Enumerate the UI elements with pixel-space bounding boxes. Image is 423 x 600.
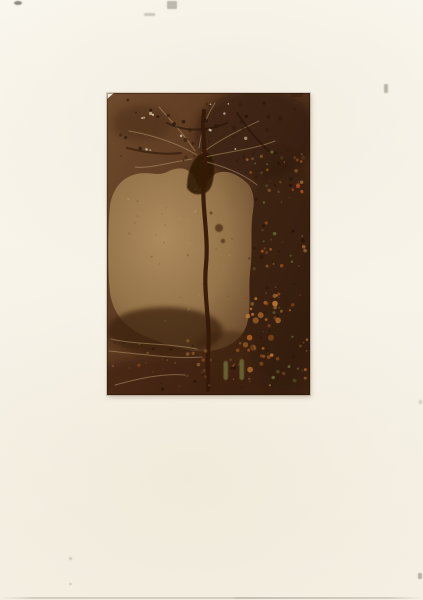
- speck: [209, 104, 211, 106]
- speck: [165, 323, 166, 324]
- speck: [187, 220, 189, 222]
- speck: [114, 342, 116, 344]
- speck: [258, 312, 264, 318]
- speck: [266, 115, 270, 119]
- speck: [145, 362, 147, 364]
- speck: [194, 155, 196, 157]
- speck: [271, 376, 275, 380]
- speck: [250, 345, 256, 351]
- speck: [239, 101, 241, 103]
- speck: [189, 243, 191, 245]
- speck: [247, 367, 253, 373]
- speck: [247, 335, 253, 341]
- speck: [294, 169, 298, 173]
- right-edge-mark: [418, 573, 422, 579]
- speck: [152, 347, 155, 350]
- right-margin-squiggle: [384, 84, 388, 93]
- speck: [161, 353, 162, 354]
- speck: [248, 378, 251, 381]
- speck: [201, 358, 205, 362]
- speck: [134, 222, 136, 224]
- speck: [250, 302, 254, 306]
- speck: [235, 291, 236, 292]
- speck: [122, 198, 124, 200]
- speck: [241, 127, 245, 131]
- speck: [263, 311, 266, 314]
- speck: [277, 162, 280, 165]
- speck: [296, 159, 299, 162]
- speck: [239, 342, 242, 345]
- speck: [124, 136, 127, 139]
- speck: [302, 370, 303, 371]
- speck: [160, 382, 162, 384]
- speck: [202, 283, 203, 284]
- speck: [297, 180, 299, 182]
- speck: [112, 365, 114, 367]
- speck: [306, 338, 309, 341]
- speck: [300, 160, 303, 163]
- speck: [229, 255, 231, 257]
- photograph: [107, 93, 310, 395]
- speck: [280, 264, 283, 267]
- speck: [247, 349, 250, 352]
- speck: [204, 375, 207, 378]
- speck: [262, 347, 265, 350]
- speck: [214, 124, 218, 128]
- speck: [132, 245, 133, 246]
- scan-edge-line: [0, 597, 423, 599]
- speck: [298, 265, 300, 267]
- speck: [260, 155, 263, 158]
- speck: [270, 150, 273, 153]
- speck: [120, 155, 122, 157]
- speck: [227, 103, 229, 105]
- speck: [137, 364, 140, 367]
- speck: [262, 355, 265, 358]
- speck: [302, 245, 306, 249]
- speck: [146, 352, 149, 355]
- speck: [149, 112, 152, 115]
- speck: [301, 238, 305, 242]
- speck: [292, 355, 296, 359]
- speck: [272, 261, 273, 262]
- speck: [294, 283, 296, 285]
- speck: [282, 241, 284, 243]
- speck: [265, 128, 269, 132]
- speck: [150, 256, 152, 258]
- speck: [281, 201, 282, 202]
- speck: [304, 368, 307, 371]
- speck: [167, 359, 169, 361]
- speck: [127, 198, 129, 200]
- speck: [139, 212, 140, 213]
- speck: [275, 286, 277, 288]
- speck: [170, 348, 172, 350]
- speck: [163, 224, 164, 225]
- speck: [270, 353, 274, 357]
- speck: [164, 320, 165, 321]
- speck: [208, 384, 210, 386]
- speck: [266, 287, 269, 290]
- speck: [161, 213, 163, 215]
- speck: [187, 308, 189, 310]
- speck: [253, 267, 257, 271]
- speck: [227, 193, 228, 194]
- speck: [266, 349, 269, 352]
- speck: [205, 102, 208, 105]
- speck: [152, 114, 154, 116]
- speck: [288, 365, 291, 368]
- speck: [244, 137, 247, 140]
- speck: [291, 303, 295, 307]
- speck: [223, 112, 225, 114]
- speck: [208, 141, 209, 142]
- speck: [251, 313, 254, 316]
- speck: [236, 160, 239, 163]
- speck: [265, 251, 268, 254]
- speck: [234, 148, 236, 150]
- speck: [261, 250, 264, 253]
- speck: [135, 112, 137, 114]
- speck: [197, 363, 201, 367]
- speck: [238, 103, 242, 107]
- speck: [128, 232, 131, 235]
- speck: [201, 372, 203, 374]
- speck: [273, 263, 275, 265]
- speck: [139, 344, 140, 345]
- speck: [229, 358, 232, 361]
- speck: [254, 197, 257, 200]
- speck: [278, 250, 280, 252]
- speck: [253, 317, 259, 323]
- speck: [143, 117, 145, 119]
- speck: [246, 158, 249, 161]
- speck: [155, 234, 156, 235]
- speck: [303, 249, 307, 253]
- speck: [301, 156, 305, 160]
- speck: [270, 239, 272, 241]
- speck: [304, 377, 307, 380]
- speck: [188, 128, 192, 132]
- speck: [273, 311, 276, 314]
- speck: [266, 169, 269, 172]
- speck: [186, 352, 190, 356]
- speck: [282, 372, 285, 375]
- speck: [149, 149, 151, 151]
- speck: [285, 166, 286, 167]
- speck: [268, 189, 271, 192]
- speck: [284, 161, 286, 163]
- speck: [204, 349, 207, 352]
- speck: [174, 362, 176, 364]
- speck: [276, 370, 280, 374]
- speck: [167, 114, 170, 117]
- speck: [291, 336, 293, 338]
- speck: [254, 163, 256, 165]
- speck: [292, 230, 295, 233]
- speck: [264, 247, 266, 249]
- speck: [274, 184, 276, 186]
- speck: [262, 101, 266, 105]
- speck: [243, 156, 245, 158]
- speck: [233, 135, 236, 138]
- speck: [233, 379, 234, 380]
- speck: [199, 294, 201, 296]
- speck: [266, 163, 268, 165]
- speck: [204, 119, 208, 123]
- speck: [291, 260, 294, 263]
- speck: [179, 386, 180, 387]
- speck: [156, 115, 159, 118]
- speck: [191, 142, 194, 145]
- speck: [259, 362, 263, 366]
- speck: [180, 297, 181, 298]
- photograph-mount: [107, 93, 310, 395]
- scanned-album-page: [0, 0, 423, 600]
- speck: [263, 201, 265, 203]
- speck: [265, 302, 269, 306]
- speck: [235, 131, 236, 132]
- speck: [267, 355, 271, 359]
- speck: [182, 120, 186, 124]
- speck: [269, 248, 272, 251]
- speck: [194, 210, 196, 212]
- speck: [249, 171, 252, 174]
- speck: [299, 294, 301, 296]
- speck: [186, 374, 189, 377]
- speck: [277, 314, 279, 316]
- speck: [277, 292, 280, 295]
- speck: [257, 316, 258, 317]
- speck: [261, 337, 263, 339]
- speck: [290, 255, 292, 257]
- speck: [145, 148, 148, 151]
- speck: [137, 200, 139, 202]
- speck: [254, 297, 257, 300]
- speck: [299, 345, 302, 348]
- speck: [124, 342, 125, 343]
- speck: [306, 161, 307, 162]
- speck: [149, 109, 152, 112]
- speck: [243, 342, 248, 347]
- speck: [231, 238, 233, 240]
- speck: [276, 321, 279, 324]
- speck: [289, 177, 293, 181]
- speck: [261, 229, 263, 231]
- speck: [152, 371, 153, 372]
- speck: [236, 349, 240, 353]
- speck: [194, 380, 197, 383]
- speck: [215, 249, 216, 250]
- speck: [245, 297, 247, 299]
- speck: [164, 242, 165, 243]
- speck: [280, 310, 283, 313]
- speck: [250, 308, 253, 311]
- speck: [253, 247, 255, 249]
- speck: [240, 121, 243, 124]
- speck: [244, 115, 246, 117]
- speck: [249, 381, 250, 382]
- top-left-specks: [14, 1, 22, 5]
- speck: [252, 154, 254, 156]
- speck: [273, 305, 277, 309]
- speck: [248, 257, 251, 260]
- speck: [268, 335, 274, 341]
- speck: [269, 330, 271, 332]
- speck: [186, 339, 189, 342]
- speck: [210, 385, 211, 386]
- speck: [187, 254, 190, 257]
- speck: [267, 353, 268, 354]
- left-lower-speck: [69, 557, 72, 560]
- speck: [293, 108, 295, 110]
- right-edge-faint: [419, 400, 422, 404]
- speck: [165, 207, 167, 209]
- speck: [200, 218, 201, 219]
- speck: [162, 358, 164, 360]
- speck: [254, 151, 256, 153]
- speck: [119, 133, 122, 136]
- speck: [278, 297, 279, 298]
- speck: [262, 211, 263, 212]
- speck: [128, 367, 130, 369]
- speck: [260, 255, 264, 259]
- speck: [184, 156, 188, 160]
- speck: [246, 191, 247, 192]
- speck: [278, 116, 282, 120]
- speck: [260, 171, 263, 174]
- speck: [209, 359, 212, 362]
- speck: [137, 215, 139, 217]
- speck: [209, 129, 211, 131]
- speck: [265, 318, 268, 321]
- speck: [255, 176, 257, 178]
- speck: [161, 387, 165, 391]
- speck: [306, 350, 308, 352]
- speck: [141, 117, 143, 119]
- speck: [301, 153, 303, 155]
- speck: [232, 126, 236, 130]
- speck: [138, 147, 142, 151]
- bottom-left-speck: [69, 583, 72, 585]
- rod-knot: [201, 177, 208, 189]
- speck: [280, 156, 284, 160]
- speck: [217, 196, 218, 197]
- speck: [265, 221, 268, 224]
- speck: [266, 265, 269, 268]
- top-center-scribble: [167, 1, 177, 9]
- speck: [146, 118, 147, 119]
- speck: [180, 135, 183, 138]
- speck: [300, 180, 304, 184]
- speck: [183, 138, 187, 142]
- speck: [182, 159, 184, 161]
- speck: [289, 197, 290, 198]
- speck: [279, 181, 282, 184]
- speck: [241, 387, 243, 389]
- speck: [306, 318, 307, 319]
- speck: [178, 218, 180, 220]
- speck: [262, 224, 266, 228]
- speck: [265, 184, 268, 187]
- speck: [293, 379, 297, 383]
- speck: [279, 307, 280, 308]
- speck: [294, 156, 296, 158]
- speck: [273, 232, 277, 236]
- speck: [276, 357, 279, 360]
- speck: [163, 368, 164, 369]
- speck: [269, 384, 271, 386]
- speck: [127, 99, 130, 102]
- speck: [172, 122, 176, 126]
- speck: [267, 324, 270, 327]
- speck: [277, 191, 280, 194]
- speck: [159, 263, 161, 265]
- faint-pencil-dash: [144, 13, 155, 16]
- speck: [265, 292, 267, 294]
- speck: [227, 295, 229, 297]
- speck: [202, 369, 205, 372]
- speck: [269, 181, 270, 182]
- speck: [244, 272, 245, 273]
- speck: [289, 184, 292, 187]
- speck: [232, 365, 234, 367]
- speck: [191, 345, 193, 347]
- speck: [301, 235, 303, 237]
- speck: [230, 367, 233, 370]
- speck: [274, 151, 277, 154]
- speck: [192, 352, 195, 355]
- speck: [297, 367, 299, 369]
- speck: [303, 342, 305, 344]
- speck: [289, 309, 291, 311]
- speck: [195, 189, 196, 190]
- speck: [263, 240, 265, 242]
- speck: [287, 150, 289, 152]
- speck: [251, 157, 254, 160]
- speck: [263, 331, 264, 332]
- speck: [164, 224, 166, 226]
- speck: [246, 314, 251, 319]
